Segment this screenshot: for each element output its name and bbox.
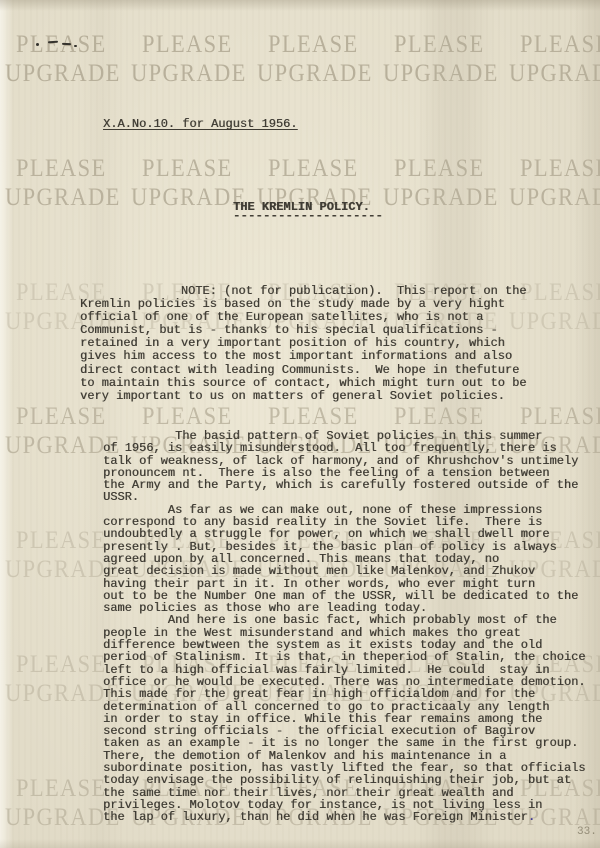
watermark-word: PLEASE (394, 156, 485, 181)
pencil-mark-dot (74, 45, 77, 47)
final-period: . (528, 810, 535, 824)
watermark-word: PLEASE (142, 404, 233, 429)
pencil-mark-dash (62, 43, 71, 45)
watermark-word: PLEASE (520, 280, 600, 305)
watermark-word: UPGRADE (383, 185, 499, 210)
watermark-word: PLEASE (16, 404, 107, 429)
watermark-word: PLEASE (394, 32, 485, 57)
watermark-word: UPGRADE (131, 185, 247, 210)
pencil-mark-dot (36, 43, 39, 46)
watermark-word: PLEASE (268, 156, 359, 181)
watermark-word: UPGRADE (5, 185, 121, 210)
watermark-word: PLEASE (16, 652, 107, 677)
watermark-word: PLEASE (16, 528, 107, 553)
watermark-word: PLEASE (268, 404, 359, 429)
watermark-word: UPGRADE (509, 61, 600, 86)
document-page: PLEASEUPGRADEPLEASEUPGRADEPLEASEUPGRADEP… (0, 0, 600, 848)
title-underline: -------------------- (233, 209, 383, 223)
note-paragraph: NOTE: (not for publication). This report… (80, 285, 526, 403)
body-text: The basid pattern of Soviet policies in … (103, 429, 585, 824)
page-number: 33. (577, 826, 597, 838)
watermark-word: UPGRADE (5, 61, 121, 86)
watermark-word: UPGRADE (257, 61, 373, 86)
watermark-word: PLEASE (142, 156, 233, 181)
watermark-word: PLEASE (16, 156, 107, 181)
watermark-word: UPGRADE (509, 185, 600, 210)
watermark-word: PLEASE (142, 32, 233, 57)
watermark-word: PLEASE (394, 404, 485, 429)
watermark-word: PLEASE (520, 404, 600, 429)
watermark-word: PLEASE (520, 32, 600, 57)
watermark-word: PLEASE (520, 156, 600, 181)
watermark-word: PLEASE (268, 32, 359, 57)
body-paragraphs: The basid pattern of Soviet policies in … (103, 430, 585, 824)
watermark-word: UPGRADE (383, 61, 499, 86)
watermark-word: UPGRADE (131, 61, 247, 86)
document-reference: X.A.No.10. for August 1956. (103, 117, 297, 131)
watermark-word: PLEASE (16, 776, 107, 801)
